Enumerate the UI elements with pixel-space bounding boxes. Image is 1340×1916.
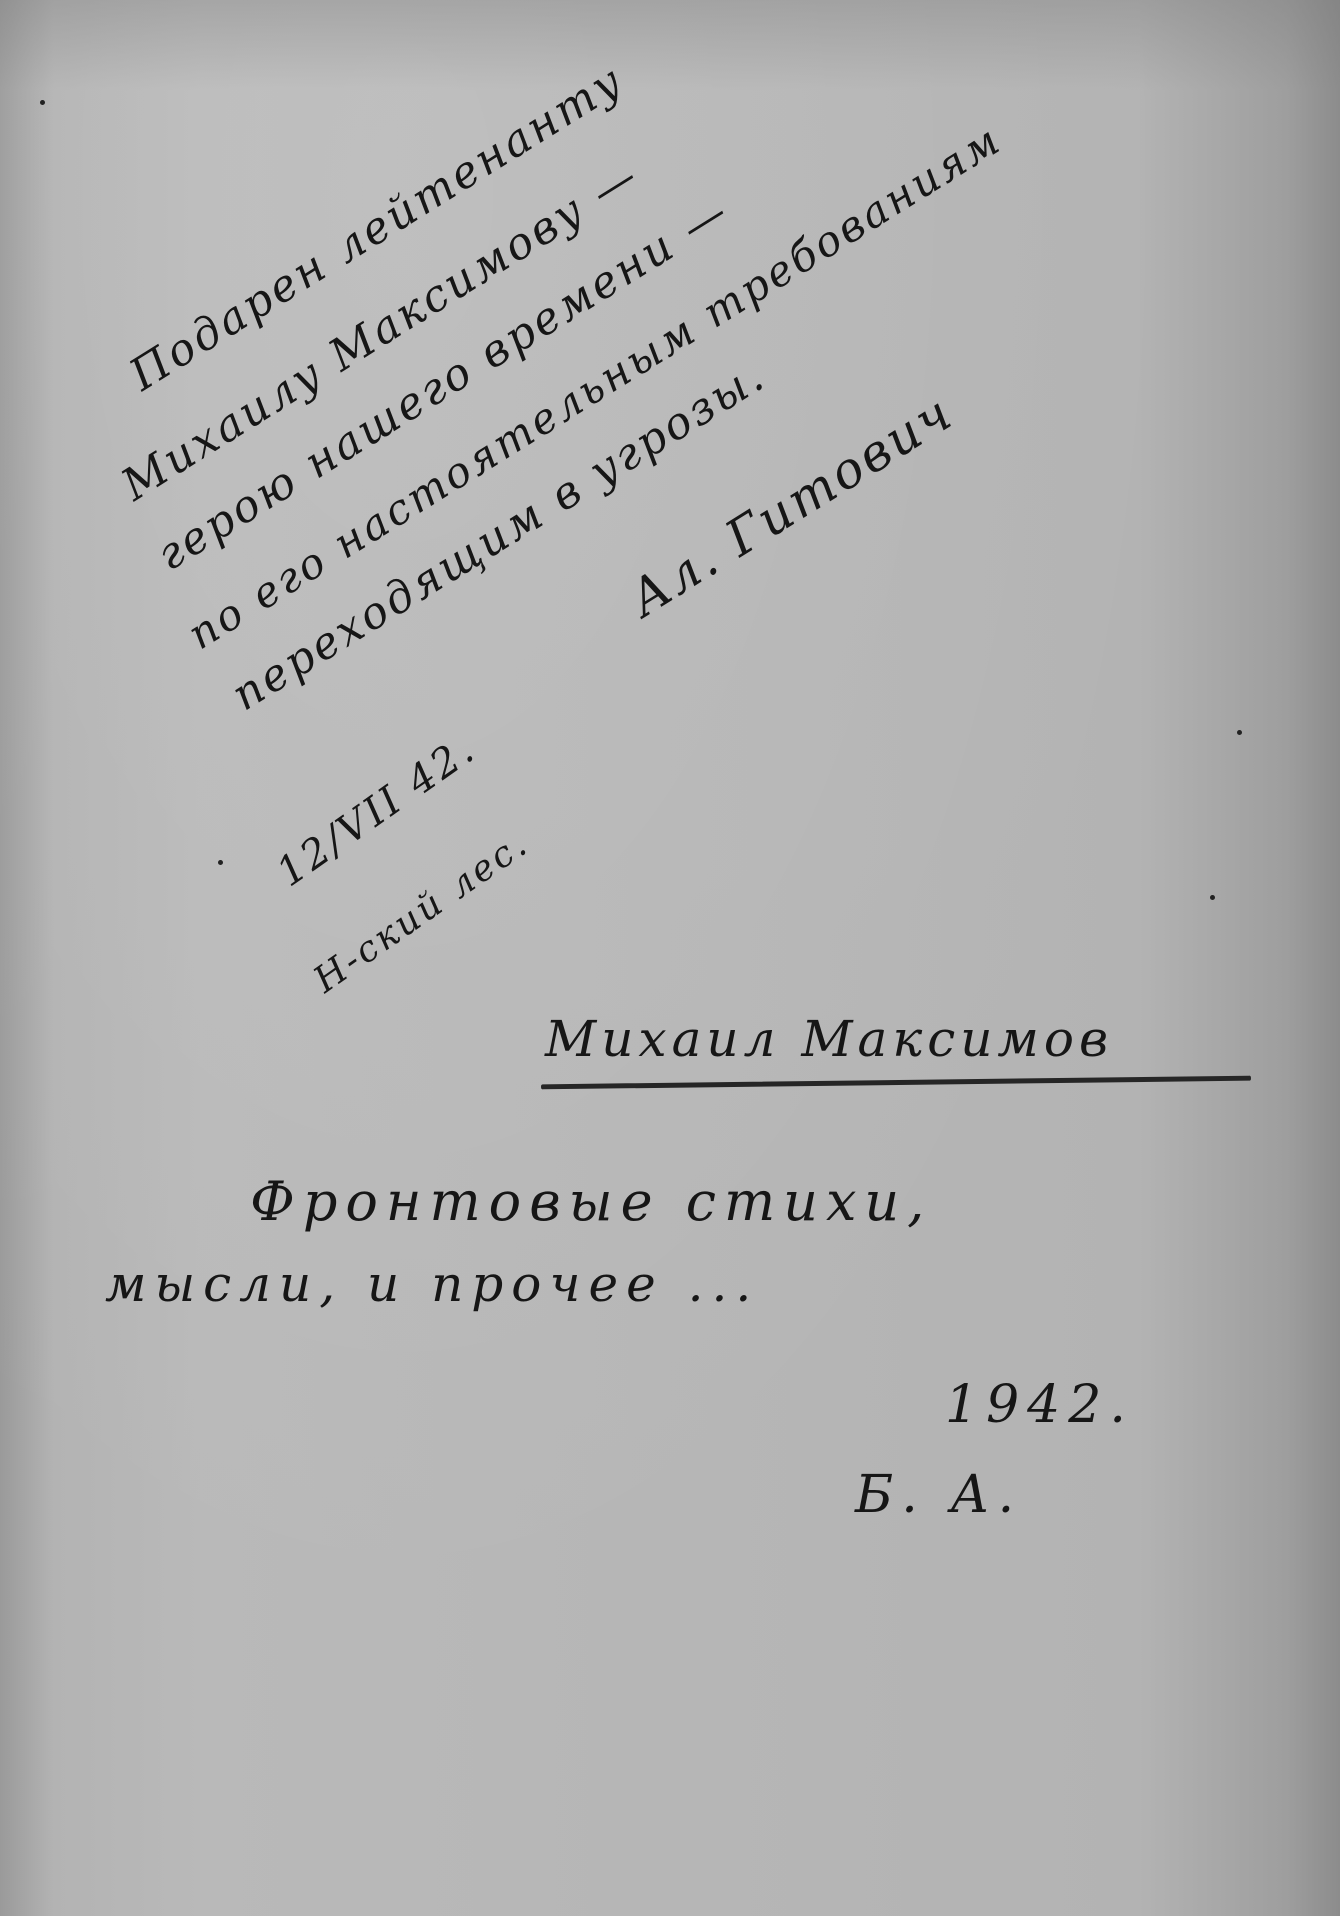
initials: Б. А. xyxy=(855,1465,1022,1525)
ink-dot xyxy=(40,100,45,105)
title-line-2: мысли, и прочее ... xyxy=(105,1255,759,1313)
inscription-line-3: герою нашего времени — xyxy=(148,185,739,581)
author-name: Михаил Максимов xyxy=(545,1010,1113,1068)
author-name-underline xyxy=(541,1076,1251,1090)
year: 1942. xyxy=(945,1375,1134,1435)
ink-dot xyxy=(1210,895,1215,900)
manuscript-page: Подарен лейтенанту Михаилу Максимову — г… xyxy=(0,0,1340,1916)
ink-dot xyxy=(1237,730,1242,735)
ink-dot xyxy=(218,860,223,865)
page-shadow xyxy=(0,0,1340,90)
title-line-1: Фронтовые стихи, xyxy=(250,1170,932,1233)
